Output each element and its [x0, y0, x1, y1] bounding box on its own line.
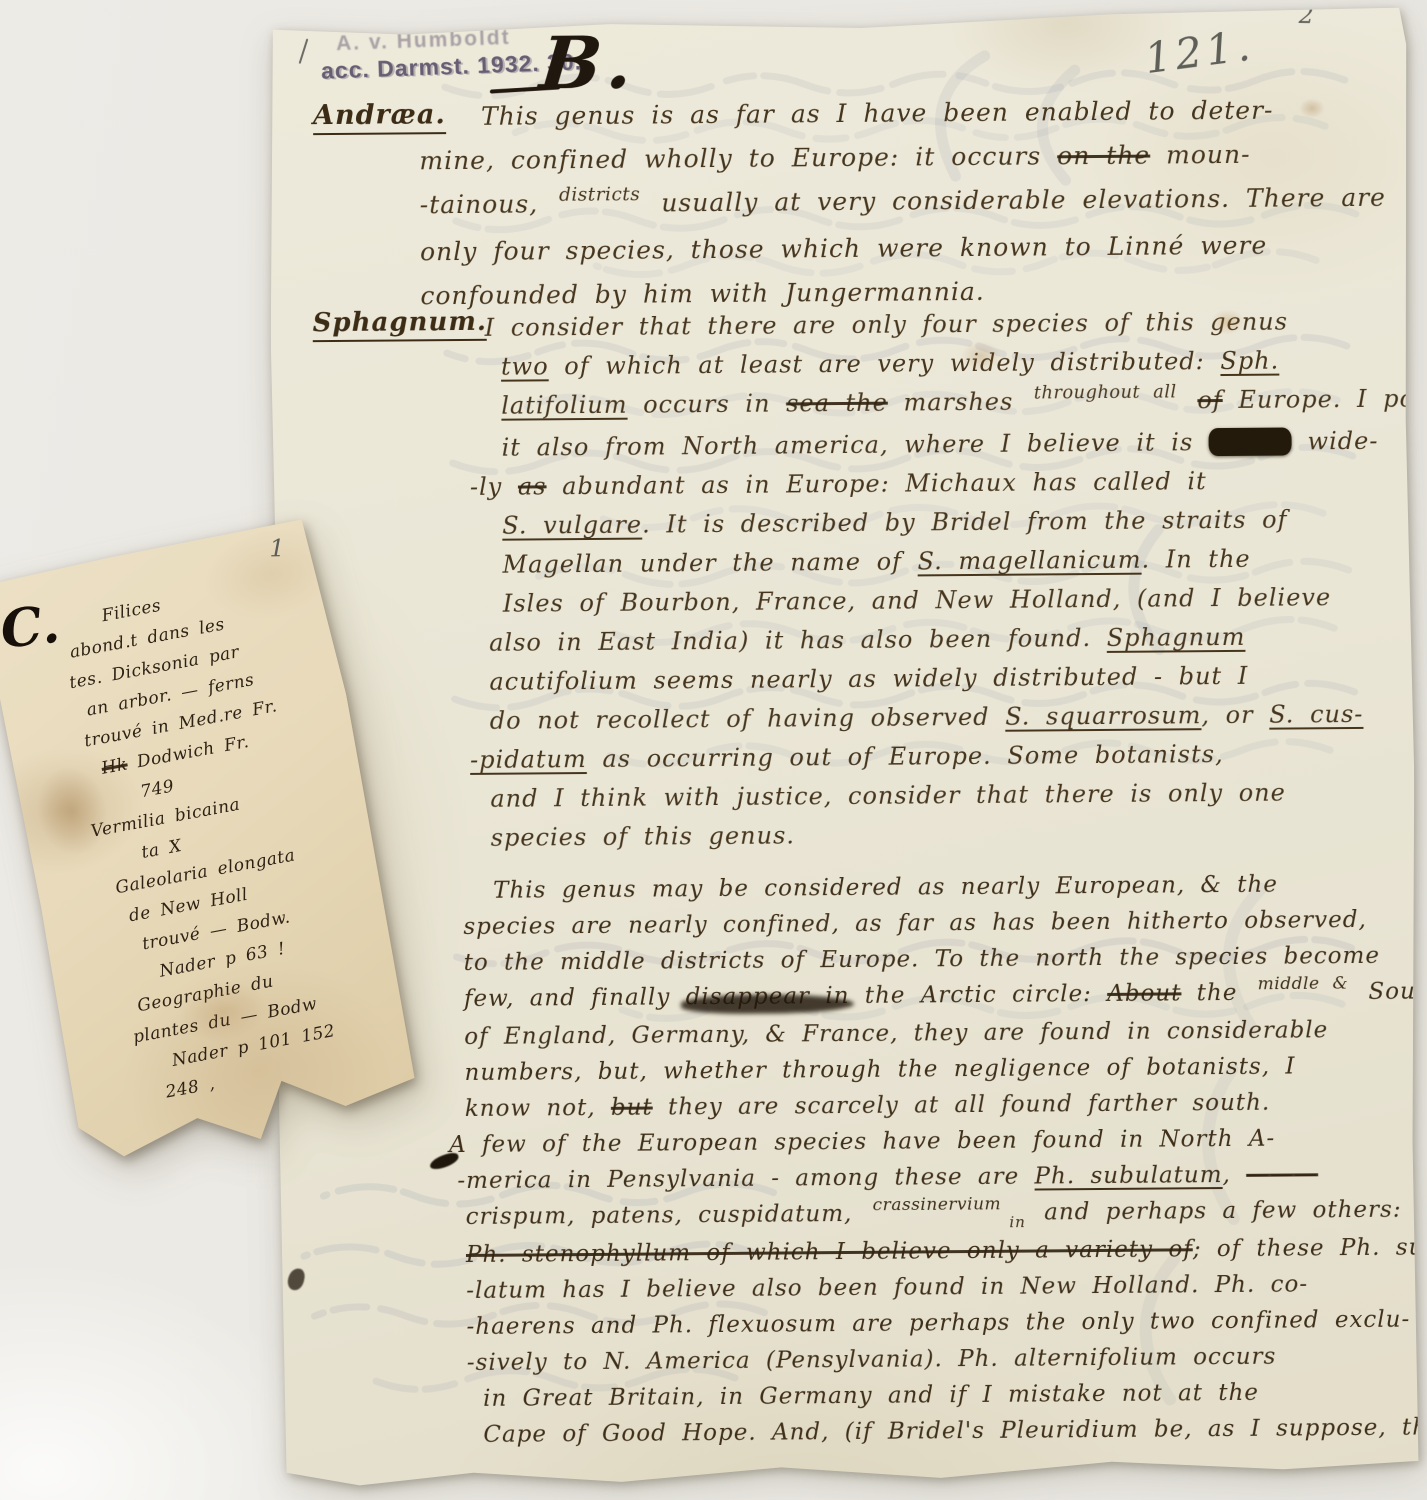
- interlinear-insertion: crassinervium: [872, 1186, 1001, 1223]
- text-segment: -sively to N. America (Pensylvania). Ph.…: [467, 1344, 1277, 1376]
- text-segment: I consider that there are only four spec…: [485, 308, 1289, 342]
- manuscript-line: -tainous, districts usually at very cons…: [420, 176, 1380, 231]
- struck-out-text: sea the: [786, 389, 888, 418]
- text-segment: of England, Germany, & France, they are …: [464, 1017, 1328, 1050]
- text-segment: numbers, but, whether through the neglig…: [464, 1053, 1295, 1086]
- struck-out-text: Ph. stenophyllum of which I believe only…: [466, 1236, 1193, 1268]
- text-segment: and perhaps a few others:: [1029, 1197, 1417, 1226]
- text-segment: mine, confined wholly to Europe: it occu…: [419, 141, 1057, 175]
- text-segment: Cape of Good Hope. And, (if Bridel's Ple…: [483, 1414, 1419, 1448]
- manuscript-page: A. v. Humboldt acc. Darmst. 1932. 30. B.…: [268, 8, 1420, 1491]
- text-segment: do not recollect of having observed: [490, 703, 1006, 735]
- text-segment: occurs in: [627, 389, 786, 418]
- underlined-text: Sphagnum: [1107, 623, 1246, 652]
- text-segment: A few of the European species have been …: [449, 1126, 1275, 1158]
- photograph-background: { "stamp": { "line1": "A. v. Humboldt", …: [0, 0, 1427, 1500]
- paragraph-phascum-lines: This genus may be considered as nearly E…: [463, 866, 1398, 1453]
- text-segment: . In the: [1141, 545, 1250, 574]
- text-segment: marshes: [888, 388, 1029, 417]
- underlined-text: two: [501, 352, 549, 380]
- text-segment: species of this genus.: [491, 821, 795, 851]
- underlined-text: S. magellanicum: [917, 546, 1141, 576]
- text-segment: ; of these Ph. subu-: [1193, 1234, 1420, 1262]
- text-segment: Isles of Bourbon, France, and New Hollan…: [503, 583, 1331, 618]
- note-slip: C. 1 Filicesabond.t dans lestes. Dickson…: [0, 517, 424, 1176]
- underlined-text: Sph.: [1220, 347, 1279, 375]
- manuscript-line: it also from North america, where I beli…: [501, 422, 1393, 468]
- folio-number: 121. 2: [1142, 20, 1257, 83]
- text-segment: , or: [1201, 701, 1269, 730]
- manuscript-line: S. vulgare. It is described by Bridel fr…: [502, 500, 1394, 546]
- ink-smudge: [428, 1151, 460, 1172]
- text-segment: [1182, 386, 1198, 414]
- underlined-text: -pidatum: [470, 745, 587, 774]
- struck-out-text: as: [518, 472, 547, 500]
- folio-number-superscript: 2: [1299, 8, 1315, 30]
- manuscript-line: and I think with justice, consider that …: [490, 773, 1396, 819]
- text-segment: and I think with justice, consider that …: [490, 779, 1286, 813]
- text-segment: ta X: [140, 836, 183, 863]
- text-segment: species are nearly confined, as far as h…: [463, 907, 1367, 940]
- pencil-tick-mark: [299, 39, 309, 64]
- text-segment: 248 ,: [164, 1074, 217, 1103]
- struck-out-text: but: [611, 1095, 653, 1121]
- manuscript-line: This genus is as far as I have been enab…: [419, 88, 1379, 140]
- text-segment: abundant as in Europe: Michaux has calle…: [546, 467, 1206, 500]
- ink-smudge: [286, 1267, 305, 1291]
- text-segment: the Arctic circle:: [849, 981, 1107, 1009]
- text-segment: ,: [1222, 1162, 1246, 1188]
- text-segment: usually at very considerable elevations.…: [645, 183, 1386, 218]
- struck-out-text: About: [1107, 980, 1181, 1007]
- text-segment: know not,: [465, 1095, 611, 1122]
- section-heading-letter: B.: [536, 20, 642, 106]
- underlined-text: S. vulgare: [502, 511, 642, 540]
- manuscript-page-wrap: A. v. Humboldt acc. Darmst. 1932. 30. B.…: [274, 12, 1414, 1486]
- note-slip-wrap: C. 1 Filicesabond.t dans lestes. Dickson…: [22, 544, 366, 1150]
- interlinear-insertion: middle &: [1258, 965, 1349, 1002]
- text-segment: This genus may be considered as nearly E…: [493, 872, 1278, 904]
- text-segment: also in East India) it has also been fou…: [489, 624, 1107, 657]
- text-segment: -ly: [470, 473, 518, 501]
- smeared-deletion: disappear in: [685, 978, 849, 1015]
- text-segment: crispum, patens, cuspidatum,: [466, 1201, 868, 1230]
- text-segment: Europe. I possess: [1223, 384, 1420, 414]
- manuscript-line: latifolium occurs in sea the marshes thr…: [501, 380, 1393, 429]
- text-segment: they are scarcely at all found farther s…: [653, 1090, 1271, 1121]
- paragraph-andraea-lines: This genus is as far as I have been enab…: [419, 88, 1381, 319]
- sublinear-note: in: [1009, 1204, 1026, 1240]
- struck-out-text: I consid: [1417, 1196, 1420, 1223]
- folio-number-value: 121.: [1142, 20, 1257, 83]
- manuscript-line: species of this genus.: [491, 812, 1397, 858]
- struck-out-text: Hk: [100, 754, 129, 778]
- text-segment: few, and finally: [464, 984, 686, 1012]
- underlined-text: Ph. subulatum: [1034, 1162, 1222, 1189]
- text-segment: -latum has I believe also been found in …: [466, 1271, 1308, 1304]
- text-segment: in Great Britain, in Germany and if I mi…: [483, 1380, 1259, 1412]
- text-segment: as occurring out of Europe. Some botanis…: [587, 740, 1224, 773]
- text-segment: This genus is as far as I have been enab…: [481, 96, 1274, 131]
- genus-label-sphagnum: Sphagnum.: [313, 307, 488, 342]
- slip-corner-number: 1: [269, 534, 285, 562]
- text-segment: acutifolium seems nearly as widely distr…: [489, 662, 1248, 696]
- ink-blot-deletion: ———: [1209, 427, 1292, 456]
- underlined-text: S. cus-: [1269, 700, 1363, 729]
- text-segment: moun-: [1150, 140, 1251, 170]
- manuscript-line: only four species, those which were know…: [420, 223, 1380, 275]
- manuscript-line: do not recollect of having observed S. s…: [490, 695, 1396, 741]
- text-segment: South: [1353, 978, 1420, 1005]
- text-segment: Magellan under the name of: [502, 547, 917, 578]
- struck-out-text: of: [1197, 386, 1223, 414]
- text-segment: only four species, those which were know…: [420, 231, 1267, 267]
- text-segment: -haerens and Ph. flexuosum are perhaps t…: [466, 1307, 1410, 1340]
- interlinear-insertion: districts: [559, 173, 641, 218]
- text-segment: to the middle districts of Europe. To th…: [464, 943, 1381, 976]
- text-segment: 749: [139, 776, 176, 802]
- text-segment: . It is described by Bridel from the str…: [642, 506, 1288, 539]
- manuscript-line: Cape of Good Hope. And, (if Bridel's Ple…: [483, 1410, 1397, 1453]
- text-segment: it also from North america, where I beli…: [502, 428, 1209, 462]
- struck-out-text: ———: [1246, 1161, 1318, 1188]
- text-segment: wide-: [1292, 427, 1379, 456]
- underlined-text: latifolium: [501, 391, 627, 420]
- text-segment: -tainous,: [420, 189, 555, 219]
- underlined-text: S. squarrosum: [1005, 701, 1201, 731]
- interlinear-insertion: throughout all: [1034, 373, 1177, 413]
- manuscript-line: Isles of Bourbon, France, and New Hollan…: [503, 578, 1395, 624]
- paragraph-sphagnum-lines: I consider that there are only four spec…: [463, 302, 1397, 858]
- slip-note-lines: Filicesabond.t dans lestes. Dicksonia pa…: [48, 566, 387, 1113]
- struck-out-text: on the: [1057, 141, 1150, 171]
- text-segment: the: [1181, 980, 1252, 1007]
